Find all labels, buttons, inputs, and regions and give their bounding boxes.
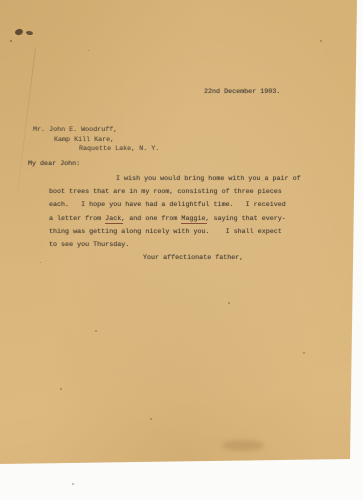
letter-paper: 22nd December 1903. Mr. John E. Woodruff… <box>0 0 363 500</box>
maggie-underline <box>181 223 207 224</box>
closing: Your affectionate father, <box>143 255 243 262</box>
paper-speckle <box>95 330 97 332</box>
paper-speckle <box>320 40 322 42</box>
paper-smudge <box>222 440 264 451</box>
body-line: I wish you would bring home with you a p… <box>116 176 301 183</box>
scan-background: 22nd December 1903. Mr. John E. Woodruff… <box>0 0 363 500</box>
paper-speckle <box>40 262 41 263</box>
body-line: a letter from Jack, and one from Maggie,… <box>49 216 286 223</box>
body-line: to see you Thursday. <box>49 242 129 249</box>
recipient-address: Raquette Lake, N. Y. <box>79 146 159 153</box>
staple-mark-right <box>26 31 33 36</box>
paper-speckle <box>303 352 305 354</box>
date-line: 22nd December 1903. <box>204 89 280 96</box>
paper-speckle <box>228 302 230 304</box>
paper-speckle <box>150 418 152 420</box>
recipient-camp: Kamp Kill Kare, <box>54 137 114 144</box>
body-line: thing was getting along nicely with you.… <box>49 229 282 236</box>
staple-mark-left <box>14 28 23 36</box>
paper-crease <box>17 48 36 192</box>
scanner-dust-dot <box>72 483 74 485</box>
paper-speckle <box>60 388 62 390</box>
jack-underline <box>105 223 123 224</box>
ink-fleck <box>10 40 12 42</box>
body-line: boot trees that are in my room, consisti… <box>49 189 282 196</box>
salutation: My dear John: <box>28 161 80 168</box>
recipient-name: Mr. John E. Woodruff, <box>33 127 117 134</box>
paper-speckle <box>88 50 89 51</box>
body-line: each. I hope you have had a delightful t… <box>49 202 286 209</box>
